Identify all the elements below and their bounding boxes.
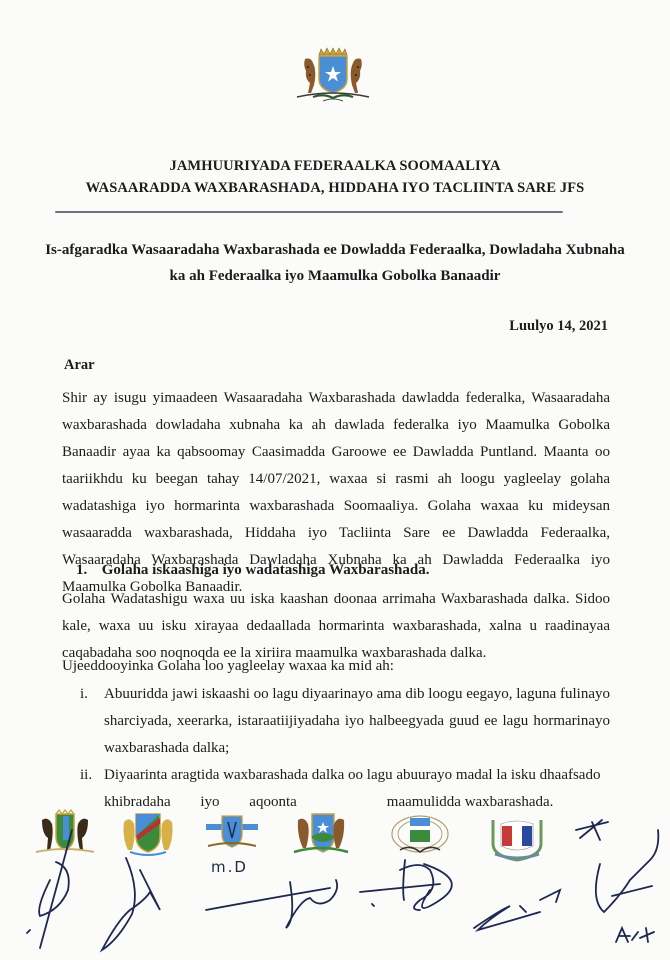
objective-item: i. Abuuridda jawi iskaashi oo lagu diyaa…	[62, 681, 610, 762]
objectives-lead: Ujeeddooyinka Golaha loo yagleelay waxaa…	[62, 658, 394, 675]
signature-7	[596, 830, 659, 912]
objective-text: Abuuridda jawi iskaashi oo lagu diyaarin…	[104, 681, 610, 762]
list-marker: i.	[80, 681, 88, 708]
heading-text: Golaha iskaashiga iyo wadatashiga Waxbar…	[102, 562, 430, 578]
signature-2	[102, 858, 160, 950]
list-marker: ii.	[80, 762, 92, 789]
signature-8	[616, 928, 654, 942]
header-divider	[55, 211, 563, 213]
somalia-coat-of-arms-icon	[283, 45, 383, 107]
signature-1	[27, 830, 72, 948]
signature-5	[474, 890, 560, 930]
document-page: JAMHUURIYADA FEDERAALKA SOOMAALIYA WASAA…	[0, 0, 670, 960]
signature-6	[576, 820, 608, 840]
signature-3	[206, 880, 337, 928]
signatures	[0, 800, 670, 960]
subject-line-1: Is-afgaradka Wasaaradaha Waxbarashada ee…	[0, 242, 670, 259]
section-title: Arar	[64, 357, 95, 374]
subject-line-2: ka ah Federaalka iyo Maamulka Gobolka Ba…	[0, 268, 670, 285]
document-date: Luulyo 14, 2021	[509, 318, 608, 335]
heading-number: 1.	[76, 562, 98, 579]
objective-line-1: Diyaarinta aragtida waxbarashada dalka o…	[104, 767, 600, 783]
header-country: JAMHUURIYADA FEDERAALKA SOOMAALIYA	[0, 158, 670, 175]
section-paragraph: Golaha Wadatashigu waxa uu iska kaashan …	[62, 586, 610, 667]
header-ministry: WASAARADDA WAXBARASHADA, HIDDAHA IYO TAC…	[0, 180, 670, 197]
numbered-heading: 1. Golaha iskaashiga iyo wadatashiga Wax…	[76, 562, 429, 579]
signature-4	[360, 860, 452, 910]
